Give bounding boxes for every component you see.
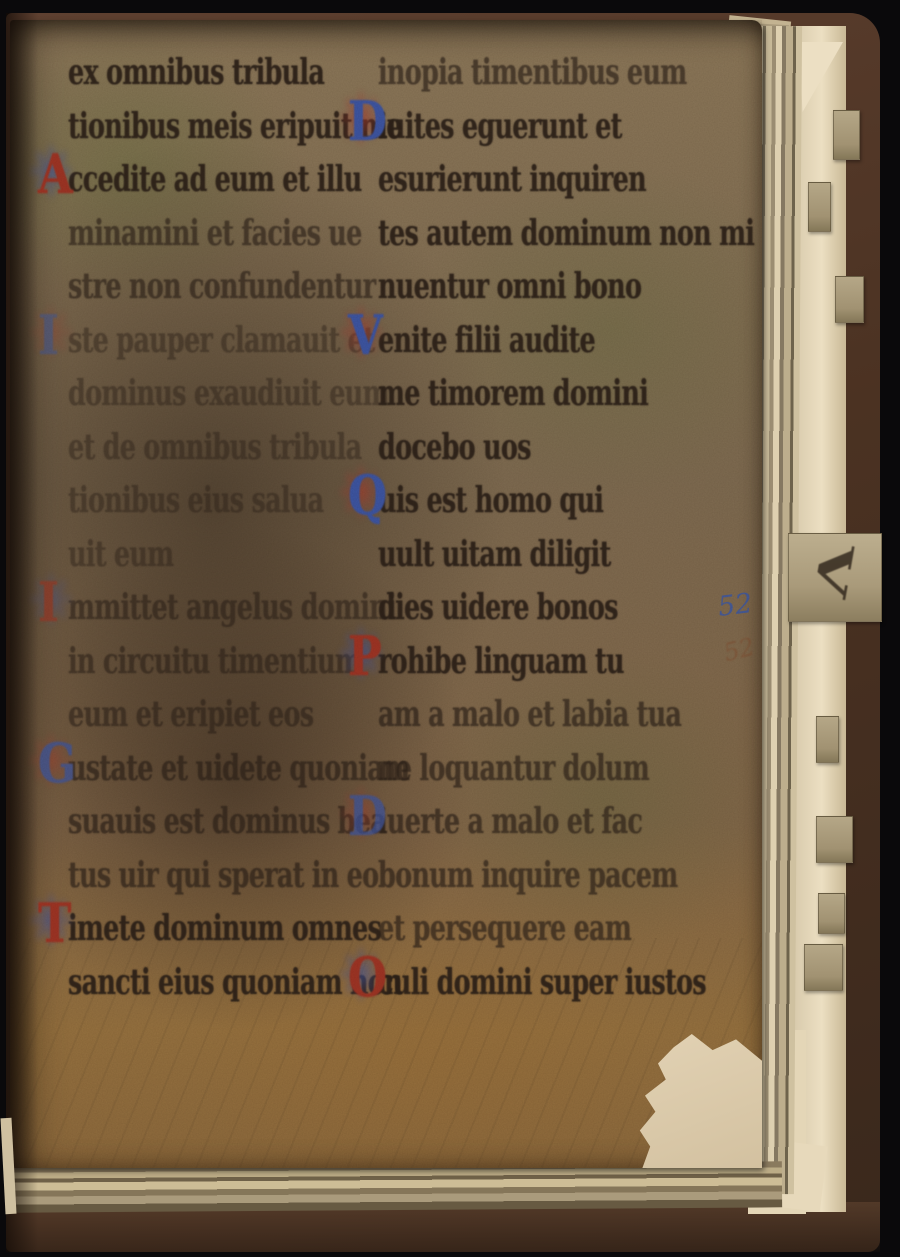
- line-text: tes autem dominum non mi: [378, 212, 754, 254]
- text-line: Oculi domini super iustos: [378, 956, 660, 1012]
- line-text: stre non confundentur: [68, 265, 375, 307]
- text-line: docebo uos: [378, 421, 660, 477]
- text-line: Quis est homo qui: [378, 474, 660, 530]
- tab-ink-mark: V: [806, 540, 859, 600]
- line-text: uit eum: [68, 533, 173, 575]
- text-line: dies uidere bonos: [378, 581, 660, 637]
- fore-edge-tab: [818, 893, 845, 934]
- line-text: ex omnibus tribula: [68, 51, 324, 93]
- line-text: suauis est dominus bea: [68, 800, 386, 842]
- versal-initial: G: [38, 736, 75, 791]
- text-line: esurierunt inquiren: [378, 153, 660, 209]
- text-line: uit eum: [68, 528, 293, 584]
- versal-initial: A: [38, 148, 72, 203]
- text-line: Iste pauper clamauit et: [68, 314, 293, 370]
- text-line: minamini et facies ue: [68, 207, 293, 263]
- fore-edge-tab-large: V: [788, 533, 882, 622]
- versal-initial: O: [348, 950, 386, 1005]
- line-text: uis est homo qui: [378, 479, 603, 521]
- versal-initial: V: [348, 308, 382, 363]
- text-line: sancti eius quoniam non: [68, 956, 293, 1012]
- fore-edge-tab: [816, 816, 853, 863]
- line-text: et de omnibus tribula: [68, 426, 361, 468]
- text-line: uult uitam diligit: [378, 528, 660, 584]
- line-text: bonum inquire pacem: [378, 854, 677, 896]
- text-line: et de omnibus tribula: [68, 421, 293, 477]
- line-text: dominus exaudiuit eum: [68, 372, 389, 414]
- text-line: Diuites eguerunt et: [378, 100, 660, 156]
- versal-initial: I: [38, 308, 58, 363]
- text-line: inopia timentibus eum: [378, 46, 660, 102]
- manuscript-photo: V ex omnibus tribulationibus meis eripui…: [0, 0, 900, 1257]
- text-line: Immittet angelus domini: [68, 581, 293, 637]
- line-text: am a malo et labia tua: [378, 693, 681, 735]
- text-line: Venite filii audite: [378, 314, 660, 370]
- text-line: Prohibe linguam tu: [378, 635, 660, 691]
- versal-initial: I: [38, 576, 58, 631]
- line-text: iuerte a malo et fac: [378, 800, 642, 842]
- line-text: uult uitam diligit: [378, 533, 611, 575]
- text-line: bonum inquire pacem: [378, 849, 660, 905]
- text-line: me timorem domini: [378, 367, 660, 423]
- line-text: ccedite ad eum et illu: [68, 158, 362, 200]
- line-text: nuentur omni bono: [378, 265, 641, 307]
- text-line: tes autem dominum non mi: [378, 207, 660, 263]
- text-line: stre non confundentur: [68, 260, 293, 316]
- text-line: Diuerte a malo et fac: [378, 795, 660, 851]
- text-line: eum et eripiet eos: [68, 688, 293, 744]
- line-text: minamini et facies ue: [68, 212, 362, 254]
- fore-edge-tab: [816, 716, 839, 763]
- line-text: ste pauper clamauit et: [68, 319, 374, 361]
- text-line: tionibus meis eripuit me: [68, 100, 293, 156]
- line-text: docebo uos: [378, 426, 531, 468]
- line-text: esurierunt inquiren: [378, 158, 646, 200]
- text-line: Timete dominum omnes: [68, 902, 293, 958]
- fore-edge-tab: [804, 944, 843, 991]
- line-text: me timorem domini: [378, 372, 648, 414]
- line-text: dies uidere bonos: [378, 586, 618, 628]
- versal-initial: D: [348, 790, 386, 845]
- text-line: nuentur omni bono: [378, 260, 660, 316]
- line-text: in circuitu timentium: [68, 640, 361, 682]
- line-text: tionibus eius salua: [68, 479, 323, 521]
- text-line: Gustate et uidete quoniam: [68, 742, 293, 798]
- text-column-left: ex omnibus tribulationibus meis eripuit …: [68, 46, 368, 1009]
- bottom-page-stack: [10, 1161, 782, 1212]
- text-line: Accedite ad eum et illu: [68, 153, 293, 209]
- line-text: culi domini super iustos: [378, 961, 706, 1003]
- line-text: ne loquantur dolum: [378, 747, 649, 789]
- versal-initial: D: [348, 94, 386, 149]
- text-column-right: inopia timentibus eumDiuites eguerunt et…: [378, 46, 754, 1009]
- text-line: dominus exaudiuit eum: [68, 367, 293, 423]
- line-text: enite filii audite: [378, 319, 595, 361]
- fore-edge-tab: [833, 110, 860, 160]
- folio-number: 52: [716, 588, 754, 623]
- line-text: inopia timentibus eum: [378, 51, 686, 93]
- fore-edge-tab: [835, 276, 864, 323]
- line-text: imete dominum omnes: [68, 907, 381, 949]
- text-line: in circuitu timentium: [68, 635, 293, 691]
- fore-edge-tab: [808, 182, 831, 232]
- line-text: rohibe linguam tu: [378, 640, 624, 682]
- text-line: ne loquantur dolum: [378, 742, 660, 798]
- line-text: et persequere eam: [378, 907, 631, 949]
- versal-initial: P: [348, 629, 381, 684]
- text-line: ex omnibus tribula: [68, 46, 293, 102]
- versal-initial: T: [38, 897, 71, 952]
- text-line: am a malo et labia tua: [378, 688, 660, 744]
- text-line: tus uir qui sperat in eo: [68, 849, 293, 905]
- line-text: iuites eguerunt et: [378, 105, 622, 147]
- text-line: suauis est dominus bea: [68, 795, 293, 851]
- versal-initial: Q: [348, 469, 386, 524]
- line-text: eum et eripiet eos: [68, 693, 313, 735]
- text-line: et persequere eam: [378, 902, 660, 958]
- parchment-leaf: ex omnibus tribulationibus meis eripuit …: [10, 20, 762, 1168]
- text-line: tionibus eius salua: [68, 474, 293, 530]
- line-text: tus uir qui sperat in eo: [68, 854, 378, 896]
